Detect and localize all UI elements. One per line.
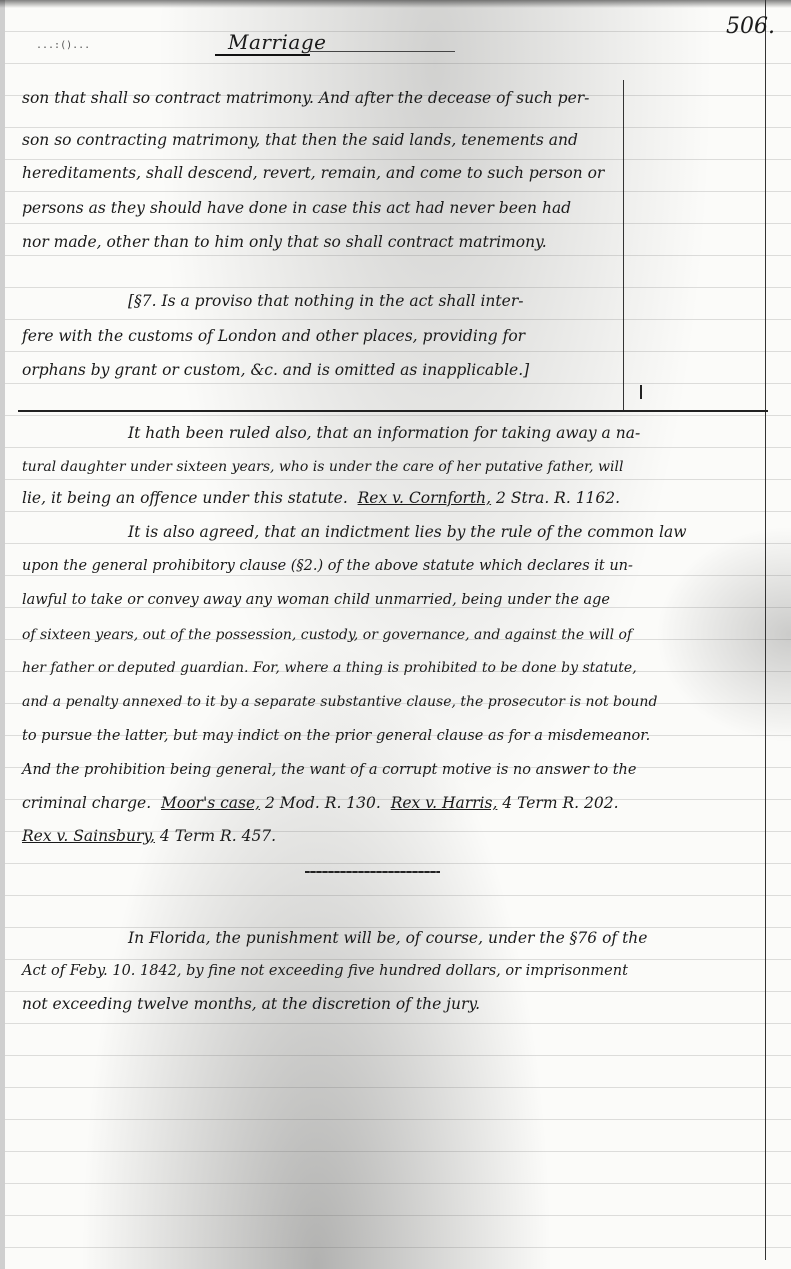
citation-reference: 2 Mod. R. 130. [265, 794, 381, 812]
text-line: son so contracting matrimony, that then … [22, 130, 578, 150]
heading-underline [215, 54, 310, 56]
heading-rule [310, 51, 455, 52]
text-line: criminal charge. Moor's case, 2 Mod. R. … [22, 793, 619, 813]
citation-reference: 4 Term R. 202. [502, 794, 618, 812]
text-span: lie, it being an offence under this stat… [22, 489, 348, 507]
text-line: upon the general prohibitory clause (§2.… [22, 556, 633, 576]
text-line: orphans by grant or custom, &c. and is o… [22, 360, 529, 380]
manuscript-page: ...:()... Marriage 506. son that shall s… [0, 0, 791, 1269]
text-line: of sixteen years, out of the possession,… [22, 625, 632, 645]
margin-rule-inner [623, 80, 624, 410]
scan-left-edge [0, 0, 5, 1269]
text-line: Rex v. Sainsbury, 4 Term R. 457. [22, 826, 276, 846]
citation-reference: 4 Term R. 457. [160, 827, 276, 845]
case-citation: Moor's case, [161, 794, 260, 812]
text-line: persons as they should have done in case… [22, 198, 571, 218]
page-number: 506. [726, 14, 775, 39]
scan-top-shadow [0, 0, 791, 8]
text-line: nor made, other than to him only that so… [22, 232, 547, 252]
case-citation: Rex v. Cornforth, [358, 489, 491, 507]
text-line: fere with the customs of London and othe… [22, 326, 525, 346]
margin-rule-outer [765, 0, 766, 1260]
text-line: and a penalty annexed to it by a separat… [22, 692, 657, 712]
stray-mark: ...:()... [36, 40, 90, 51]
text-line: lawful to take or convey away any woman … [22, 590, 610, 610]
text-span: criminal charge. [22, 794, 151, 812]
citation-reference: 2 Stra. R. 1162. [496, 489, 620, 507]
section-rule [18, 410, 768, 412]
case-citation: Rex v. Harris, [391, 794, 498, 812]
text-line: And the prohibition being general, the w… [22, 760, 636, 780]
text-line: son that shall so contract matrimony. An… [22, 88, 589, 108]
text-line: tural daughter under sixteen years, who … [22, 457, 623, 477]
section-divider [305, 871, 440, 873]
text-line: hereditaments, shall descend, revert, re… [22, 163, 604, 183]
text-line: not exceeding twelve months, at the disc… [22, 994, 480, 1014]
text-line: It hath been ruled also, that an informa… [128, 423, 640, 443]
text-line: In Florida, the punishment will be, of c… [128, 928, 647, 948]
text-line: lie, it being an offence under this stat… [22, 488, 620, 508]
text-line: It is also agreed, that an indictment li… [128, 522, 686, 542]
margin-tick-mark [640, 385, 642, 399]
text-line: Act of Feby. 10. 1842, by fine not excee… [22, 961, 628, 981]
case-citation: Rex v. Sainsbury, [22, 827, 155, 845]
text-line: [§7. Is a proviso that nothing in the ac… [128, 291, 523, 311]
text-line: to pursue the latter, but may indict on … [22, 726, 650, 746]
text-line: her father or deputed guardian. For, whe… [22, 658, 637, 678]
